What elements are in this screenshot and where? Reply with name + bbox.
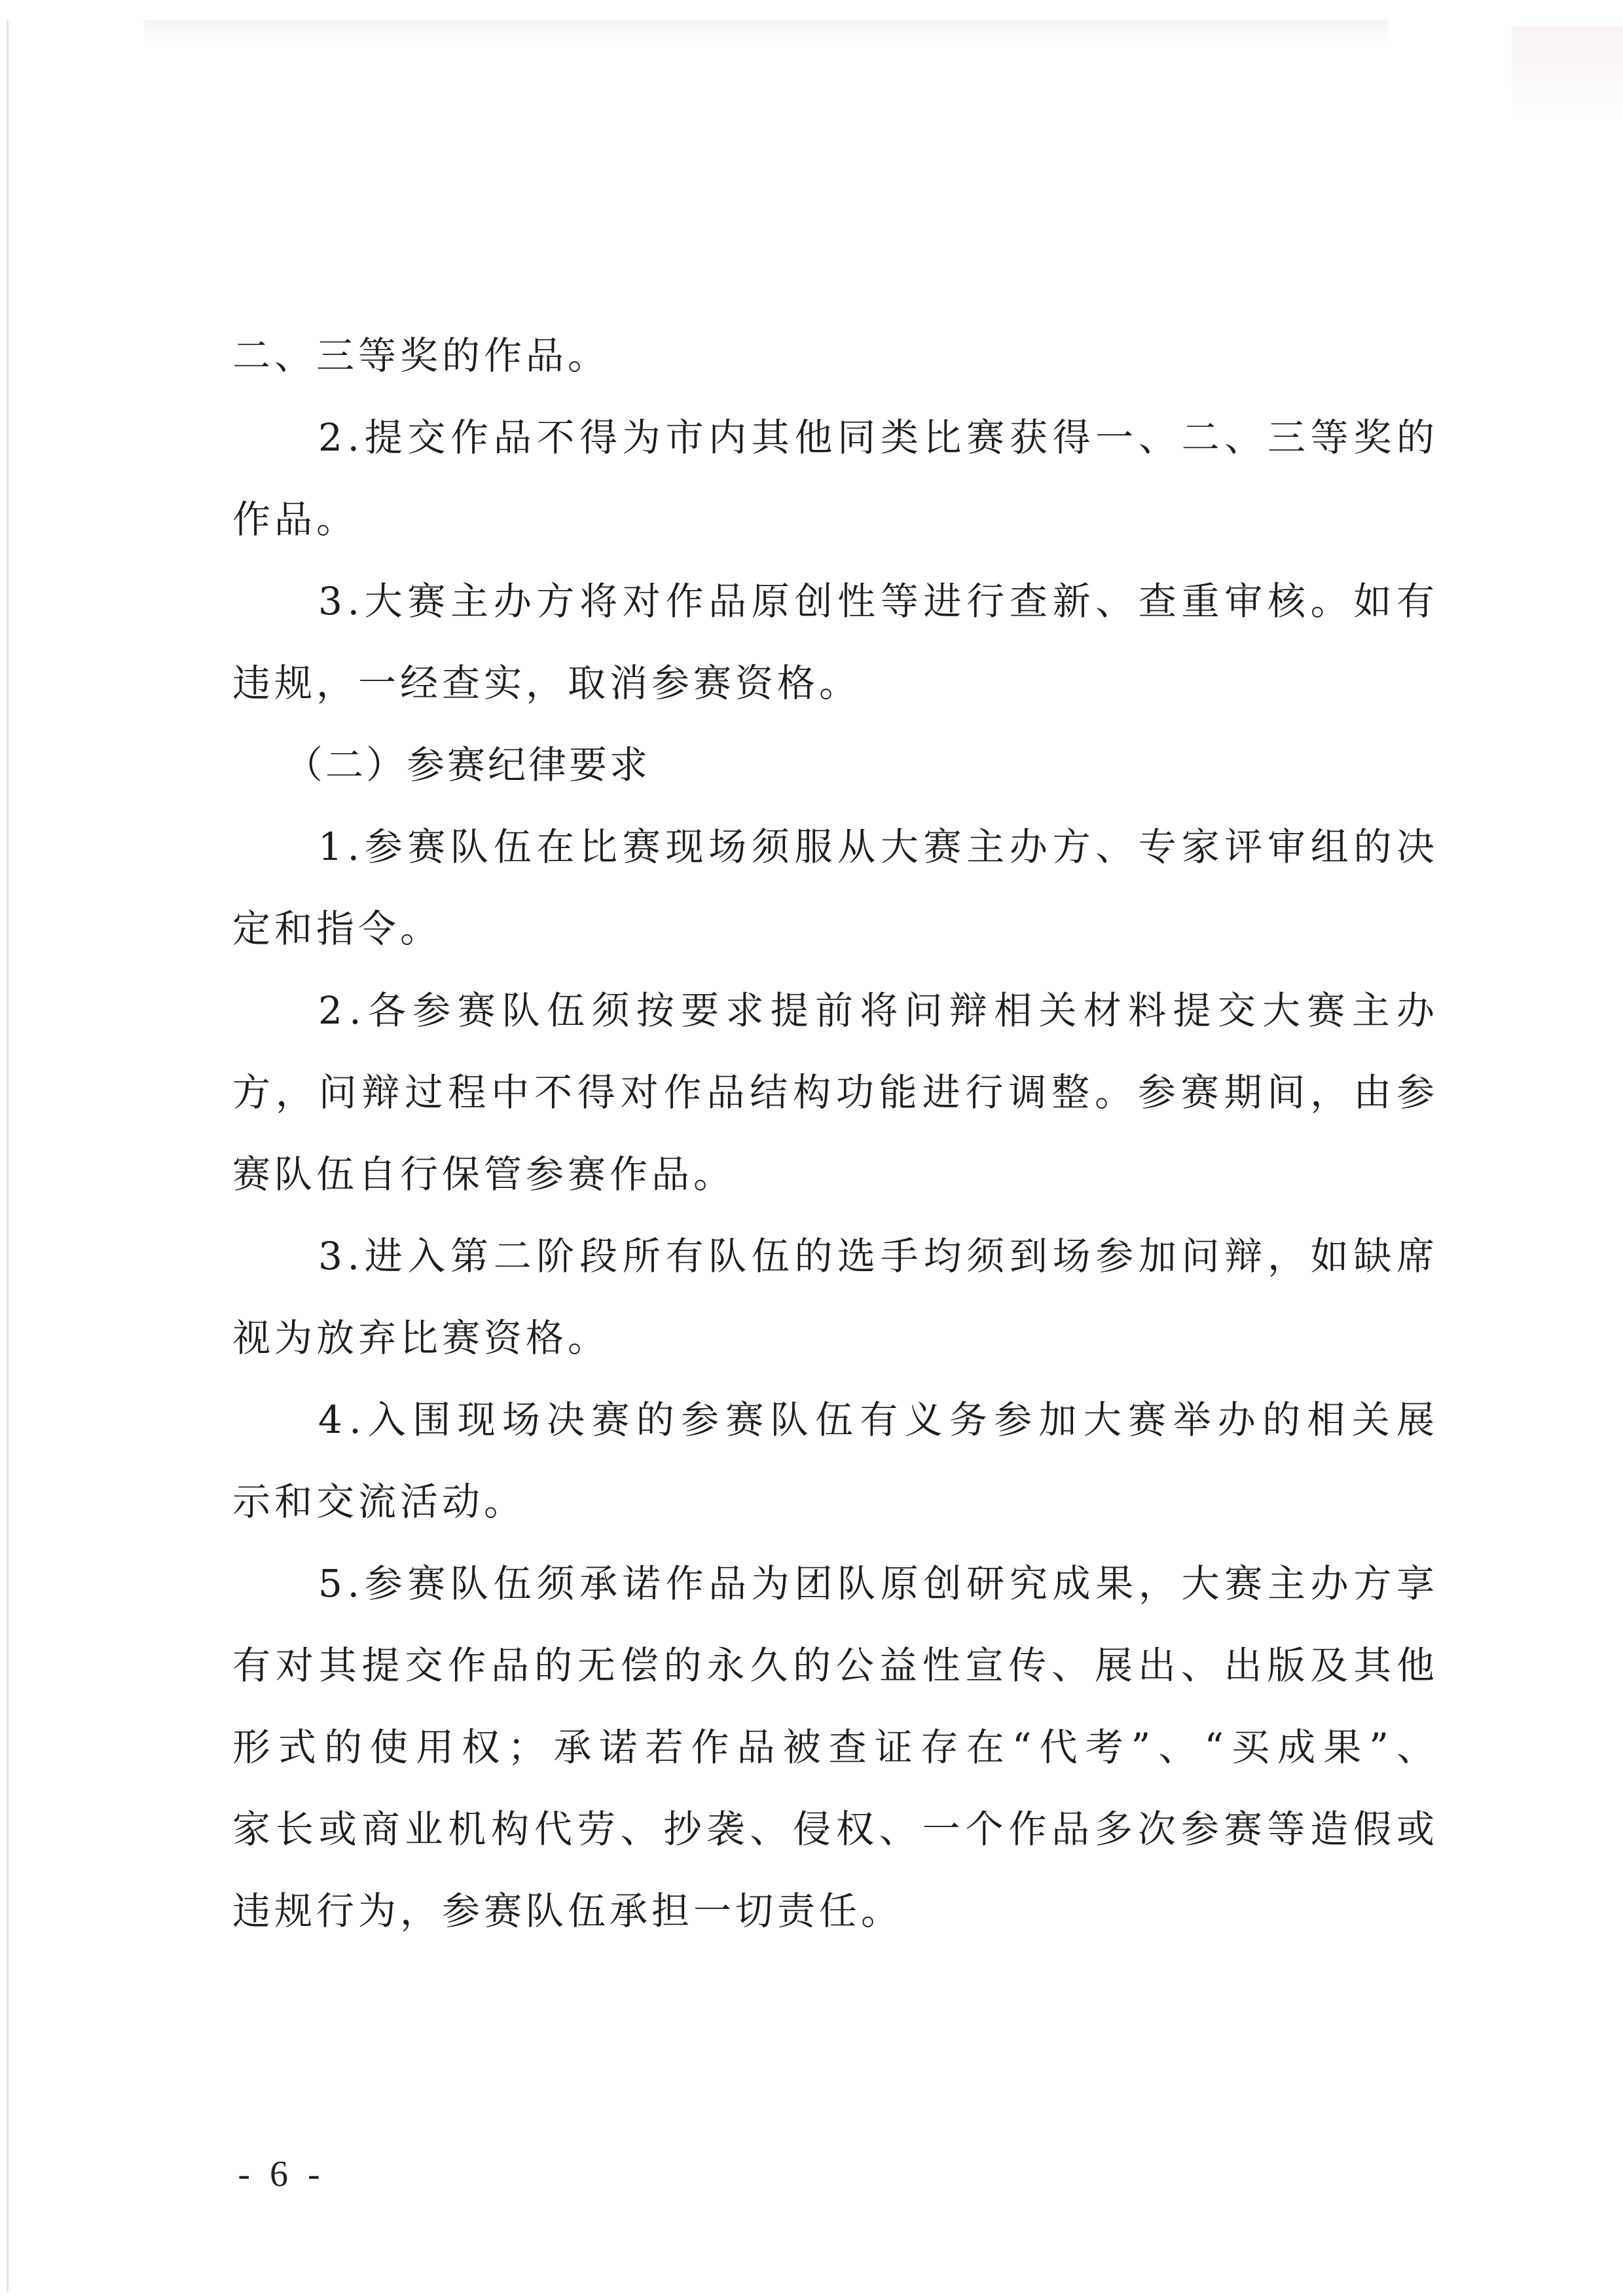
item-2-3-line-2: 视为放弃比赛资格。	[232, 1297, 1434, 1379]
scan-bleed-through-top	[144, 20, 1388, 46]
page-number: - 6 -	[236, 2151, 327, 2197]
item-2-5-line-2: 有对其提交作品的无偿的永久的公益性宣传、展出、出版及其他	[232, 1625, 1434, 1707]
section-heading-discipline: （二）参赛纪律要求	[232, 724, 1434, 806]
scan-bleed-through-right	[1512, 26, 1623, 124]
item-2-5-line-4: 家长或商业机构代劳、抄袭、侵权、一个作品多次参赛等造假或	[232, 1788, 1434, 1870]
item-2-2-line-3: 赛队伍自行保管参赛作品。	[232, 1134, 1434, 1215]
item-2-4-line-2: 示和交流活动。	[232, 1461, 1434, 1543]
item-1-3-line-1: 3.大赛主办方将对作品原创性等进行查新、查重审核。如有	[232, 561, 1434, 642]
item-1-2-line-1: 2.提交作品不得为市内其他同类比赛获得一、二、三等奖的	[232, 397, 1434, 479]
paragraph-continuation-line: 二、三等奖的作品。	[232, 315, 1434, 397]
item-1-2-line-2: 作品。	[232, 479, 1434, 561]
item-2-3-line-1: 3.进入第二阶段所有队伍的选手均须到场参加问辩，如缺席	[232, 1215, 1434, 1297]
item-2-1-line-2: 定和指令。	[232, 888, 1434, 970]
item-2-4-line-1: 4.入围现场决赛的参赛队伍有义务参加大赛举办的相关展	[232, 1379, 1434, 1461]
document-body: 二、三等奖的作品。 2.提交作品不得为市内其他同类比赛获得一、二、三等奖的 作品…	[232, 315, 1434, 1952]
item-2-1-line-1: 1.参赛队伍在比赛现场须服从大赛主办方、专家评审组的决	[232, 806, 1434, 888]
item-1-3-line-2: 违规，一经查实，取消参赛资格。	[232, 642, 1434, 724]
scan-edge-left	[7, 20, 9, 2292]
item-2-2-line-1: 2.各参赛队伍须按要求提前将问辩相关材料提交大赛主办	[232, 970, 1434, 1052]
item-2-2-line-2: 方，问辩过程中不得对作品结构功能进行调整。参赛期间，由参	[232, 1052, 1434, 1134]
item-2-5-line-5: 违规行为，参赛队伍承担一切责任。	[232, 1870, 1434, 1952]
item-2-5-line-3: 形式的使用权；承诺若作品被查证存在“代考”、“买成果”、	[232, 1707, 1434, 1788]
item-2-5-line-1: 5.参赛队伍须承诺作品为团队原创研究成果，大赛主办方享	[232, 1543, 1434, 1625]
